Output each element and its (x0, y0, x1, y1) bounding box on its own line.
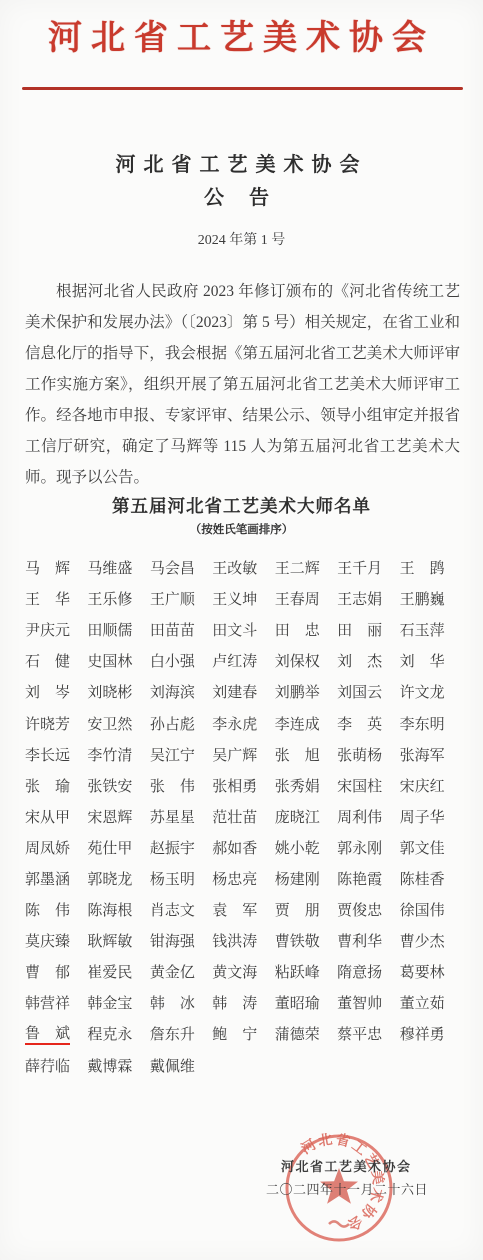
master-name: 戴佩维 (150, 1055, 195, 1076)
master-name: 耿辉敏 (87, 930, 132, 951)
master-name: 赵振宇 (150, 837, 195, 858)
master-name: 许晓芳 (25, 713, 70, 734)
master-name: 马会昌 (150, 557, 195, 578)
master-name: 周凤娇 (25, 837, 70, 858)
master-name: 田 忠 (275, 619, 320, 640)
master-name: 陈艳霞 (337, 868, 382, 889)
master-name: 吴广辉 (212, 744, 257, 765)
master-name: 蔡平忠 (337, 1023, 382, 1044)
master-name: 安卫然 (87, 713, 132, 734)
document-title-line1: 河北省工艺美术协会 (0, 148, 483, 177)
master-name: 刘鹏举 (275, 681, 320, 702)
master-name: 庞晓江 (275, 806, 320, 827)
master-name: 王春周 (275, 588, 320, 609)
master-name: 郭晓龙 (87, 868, 132, 889)
master-name: 张 瑜 (25, 775, 70, 796)
master-name: 刘晓彬 (87, 681, 132, 702)
master-name: 王二辉 (275, 557, 320, 578)
master-name: 张相勇 (212, 775, 257, 796)
master-name: 隋意扬 (337, 961, 382, 982)
master-name: 莫庆臻 (25, 930, 70, 951)
document-number: 2024 年第 1 号 (0, 229, 483, 249)
masthead-org-name: 河北省工艺美术协会 (0, 10, 483, 59)
master-name: 穆祥勇 (400, 1023, 445, 1044)
master-name: 卢红涛 (212, 650, 257, 671)
master-name: 韩营祥 (25, 992, 70, 1013)
master-name: 贾俊忠 (337, 899, 382, 920)
master-name: 董智帅 (337, 992, 382, 1013)
master-name: 张 伟 (150, 775, 195, 796)
master-name: 曹少杰 (400, 930, 445, 951)
master-name: 刘建春 (212, 681, 257, 702)
master-name: 田 丽 (337, 619, 382, 640)
master-name: 戴博霖 (87, 1055, 132, 1076)
master-name: 韩 涛 (212, 992, 257, 1013)
name-list-subtitle: （按姓氏笔画排序） (0, 521, 483, 537)
master-name: 詹东升 (150, 1023, 195, 1044)
master-name: 刘 杰 (337, 650, 382, 671)
master-name: 马 辉 (25, 557, 70, 578)
master-name: 鲁 斌 (25, 1022, 70, 1045)
master-name: 刘 华 (400, 650, 445, 671)
highlighted-name: 鲁 斌 (25, 1022, 70, 1045)
announcement-paragraph: 根据河北省人民政府 2023 年修订颁布的《河北省传统工艺美术保护和发展办法》（… (25, 276, 460, 493)
master-name: 曹利华 (337, 930, 382, 951)
master-name: 苏星星 (150, 806, 195, 827)
master-name: 吴江宁 (150, 744, 195, 765)
master-name: 刘海滨 (150, 681, 195, 702)
master-name: 陈桂香 (400, 868, 445, 889)
master-name: 石玉萍 (400, 619, 445, 640)
master-name: 尹庆元 (25, 619, 70, 640)
master-name: 苑仕甲 (87, 837, 132, 858)
master-name: 刘保权 (275, 650, 320, 671)
master-name: 王广顺 (150, 588, 195, 609)
signature-org-name: 河北省工艺美术协会 (281, 1156, 409, 1175)
master-name: 马维盛 (87, 557, 132, 578)
master-name: 贾 朋 (275, 899, 320, 920)
master-name: 杨忠亮 (212, 868, 257, 889)
master-name: 杨建刚 (275, 868, 320, 889)
master-name: 刘国云 (337, 681, 382, 702)
master-name: 李竹清 (87, 744, 132, 765)
master-name: 张海军 (400, 744, 445, 765)
master-name: 田顺儒 (87, 619, 132, 640)
master-name: 宋恩辉 (87, 806, 132, 827)
master-name: 程克永 (87, 1023, 132, 1044)
master-name: 李 英 (337, 713, 382, 734)
master-name: 鲍 宁 (212, 1023, 257, 1044)
master-name: 李永虎 (212, 713, 257, 734)
master-name: 钱洪涛 (212, 930, 257, 951)
masthead-divider-rule (22, 87, 463, 90)
master-name: 王志娟 (337, 588, 382, 609)
master-name: 钳海强 (150, 930, 195, 951)
master-name: 董立茹 (400, 992, 445, 1013)
master-name: 郭墨涵 (25, 868, 70, 889)
master-name: 王千月 (337, 557, 382, 578)
master-name: 周子华 (400, 806, 445, 827)
master-name: 张秀娟 (275, 775, 320, 796)
master-name: 孙占彪 (150, 713, 195, 734)
master-name: 宋从甲 (25, 806, 70, 827)
master-name: 曹 郁 (25, 961, 70, 982)
master-name: 肖志文 (150, 899, 195, 920)
document-title-line2: 公 告 (0, 181, 483, 210)
master-name: 黄金亿 (150, 961, 195, 982)
master-name: 王改敏 (212, 557, 257, 578)
master-name: 姚小乾 (275, 837, 320, 858)
master-name: 李连成 (275, 713, 320, 734)
master-name: 郭永刚 (337, 837, 382, 858)
master-name: 王乐修 (87, 588, 132, 609)
master-name: 粘跃峰 (275, 961, 320, 982)
master-name: 白小强 (150, 650, 195, 671)
master-name: 韩 冰 (150, 992, 195, 1013)
master-name: 曹铁敬 (275, 930, 320, 951)
master-name: 黄文海 (212, 961, 257, 982)
master-name: 李长远 (25, 744, 70, 765)
master-name: 张铁安 (87, 775, 132, 796)
master-name: 田苗苗 (150, 619, 195, 640)
master-name: 宋庆红 (400, 775, 445, 796)
master-name: 杨玉明 (150, 868, 195, 889)
master-name: 郝如香 (212, 837, 257, 858)
master-name: 薛荇临 (25, 1055, 70, 1076)
master-name: 陈海根 (87, 899, 132, 920)
name-list-title: 第五届河北省工艺美术大师名单 (0, 493, 483, 518)
master-name: 王 华 (25, 588, 70, 609)
master-name: 崔爱民 (87, 961, 132, 982)
master-name: 徐国伟 (400, 899, 445, 920)
master-name: 韩金宝 (87, 992, 132, 1013)
master-name: 陈 伟 (25, 899, 70, 920)
master-name-list: 马 辉马维盛马会昌王改敏王二辉王千月王 鹍王 华王乐修王广顺王义坤王春周王志娟王… (25, 552, 462, 1081)
master-name: 宋国柱 (337, 775, 382, 796)
master-name: 田文斗 (212, 619, 257, 640)
master-name: 葛要林 (400, 961, 445, 982)
master-name: 董昭瑜 (275, 992, 320, 1013)
master-name: 刘 岑 (25, 681, 70, 702)
master-name: 史国林 (87, 650, 132, 671)
master-name: 范壮苗 (212, 806, 257, 827)
master-name: 蒲德荣 (275, 1023, 320, 1044)
master-name: 张萌杨 (337, 744, 382, 765)
master-name: 周利伟 (337, 806, 382, 827)
master-name: 石 健 (25, 650, 70, 671)
signature-date: 二〇二四年十一月二十六日 (266, 1179, 424, 1198)
master-name: 王义坤 (212, 588, 257, 609)
master-name: 郭文佳 (400, 837, 445, 858)
master-name: 李东明 (400, 713, 445, 734)
master-name: 王鹏巍 (400, 588, 445, 609)
master-name: 张 旭 (275, 744, 320, 765)
announcement-document: 河北省工艺美术协会 河北省工艺美术协会 公 告 2024 年第 1 号 根据河北… (0, 0, 483, 1260)
master-name: 袁 军 (212, 899, 257, 920)
master-name: 王 鹍 (400, 557, 445, 578)
master-name: 许文龙 (400, 681, 445, 702)
